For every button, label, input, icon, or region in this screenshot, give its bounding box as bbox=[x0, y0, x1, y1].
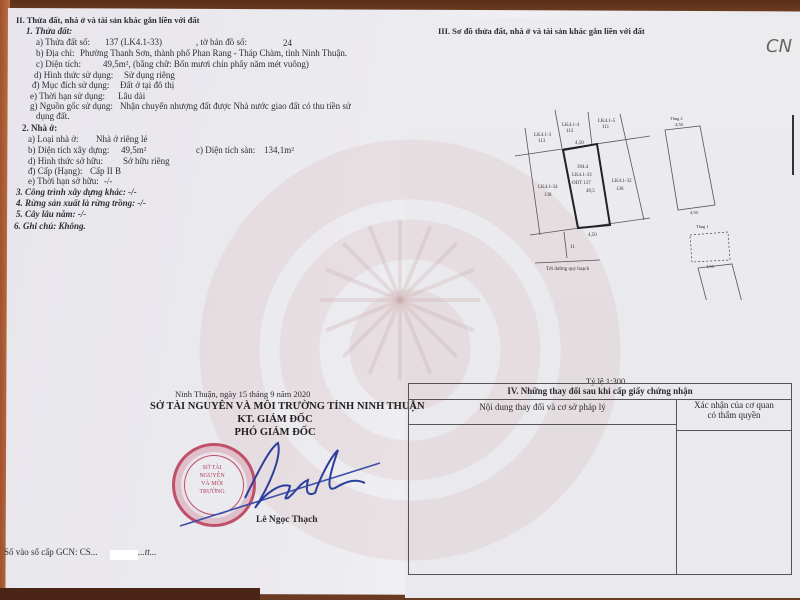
map-sheet-label: , tờ bản đồ số: bbox=[196, 37, 247, 48]
built-area-label: b) Diện tích xây dựng: bbox=[28, 145, 109, 156]
origin-value: Nhận chuyển nhượng đất được Nhà nước gia… bbox=[120, 101, 351, 112]
neighbor-left: LK4.1-34 bbox=[538, 185, 558, 190]
top-neighbor-2: LK4.1-4 bbox=[562, 123, 580, 128]
width-label-bottom: 4,50 bbox=[588, 233, 597, 238]
width-label-top: 4,50 bbox=[575, 141, 584, 146]
changes-confirm-cell bbox=[677, 431, 791, 574]
svg-text:136: 136 bbox=[616, 187, 624, 192]
top-neighbor-3: LK4.1-5 bbox=[598, 119, 616, 124]
svg-text:4,50: 4,50 bbox=[675, 122, 684, 128]
kt-director: KT. GIÁM ĐỐC bbox=[150, 414, 400, 425]
changes-col-confirm-header: Xác nhận của cơ quan có thẩm quyền bbox=[677, 400, 791, 431]
deputy-director: PHÓ GIÁM ĐỐC bbox=[150, 427, 400, 438]
svg-text:4,50: 4,50 bbox=[690, 210, 699, 216]
section-iii-title: III. Sơ đồ thửa đất, nhà ở và tài sản kh… bbox=[438, 26, 645, 37]
svg-text:138: 138 bbox=[544, 193, 552, 198]
svg-text:112: 112 bbox=[566, 129, 574, 134]
changes-content-cell bbox=[409, 425, 676, 574]
confirm-header-line2: có thẩm quyền bbox=[677, 410, 791, 420]
confirm-header-line1: Xác nhận của cơ quan bbox=[677, 400, 791, 410]
main-parcel-line-4: 49,5 bbox=[586, 189, 595, 194]
ownership-value: Sở hữu riêng bbox=[123, 156, 170, 167]
section-ii-title: II. Thửa đất, nhà ở và tài sản khác gắn … bbox=[16, 15, 199, 26]
house-heading: 2. Nhà ở: bbox=[22, 123, 57, 134]
road-label: Tới đường quy hoạch bbox=[546, 267, 590, 272]
svg-text:4,50: 4,50 bbox=[706, 264, 715, 270]
main-parcel-line-2: LK4.1-33 bbox=[572, 173, 592, 178]
built-area-value: 49,5m² bbox=[121, 145, 146, 156]
purpose-label: đ) Mục đích sử dụng: bbox=[32, 80, 109, 91]
signer-name: Lê Ngọc Thạch bbox=[256, 515, 318, 526]
place-date: Ninh Thuận, ngày 15 tháng 9 năm 2020 bbox=[175, 389, 310, 400]
origin-value-cont: dụng đất. bbox=[36, 111, 70, 122]
authority-name: SỞ TÀI NGUYÊN VÀ MÔI TRƯỜNG TỈNH NINH TH… bbox=[150, 401, 400, 412]
address-value: Phường Thanh Sơn, thành phố Phan Rang - … bbox=[80, 48, 347, 59]
neighbor-right: LK4.1-32 bbox=[612, 179, 632, 184]
house-type-label: a) Loại nhà ở: bbox=[28, 134, 79, 145]
own-term-label: e) Thời hạn sở hữu: bbox=[28, 176, 99, 187]
wood-table-bottom bbox=[0, 588, 260, 600]
purpose-value: Đất ở tại đô thị bbox=[120, 80, 174, 91]
main-parcel-line-3: ODT 137 bbox=[572, 181, 591, 186]
house-type-value: Nhà ở riêng lẻ bbox=[96, 134, 148, 145]
floor-area-value: 134,1m² bbox=[264, 145, 294, 156]
top-neighbor-1: LK4.1-3 bbox=[534, 133, 552, 138]
floor2-label: Tầng 2 bbox=[670, 116, 683, 121]
svg-text:113: 113 bbox=[538, 139, 546, 144]
other-works: 3. Công trình xây dựng khác: -/- bbox=[16, 187, 137, 198]
register-number: Số vào sổ cấp GCN: CS... bbox=[4, 547, 98, 558]
changes-col-content-header: Nội dung thay đổi và cơ sở pháp lý bbox=[409, 400, 676, 425]
address-label: b) Địa chỉ: bbox=[36, 48, 75, 59]
changes-table-title: IV. Những thay đổi sau khi cấp giấy chứn… bbox=[409, 384, 791, 400]
depth-label: 11 bbox=[570, 245, 575, 250]
area-value: 49,5m², (bằng chữ: Bốn mươi chín phẩy nă… bbox=[103, 59, 309, 70]
trees: 5. Cây lâu năm: -/- bbox=[16, 209, 86, 220]
handwritten-mark: CN bbox=[766, 36, 792, 57]
parcel-value: 137 (LK4.1-33) bbox=[105, 37, 162, 48]
parcel-label: a) Thửa đất số: bbox=[36, 37, 90, 48]
land-heading: 1. Thửa đất: bbox=[26, 26, 72, 37]
main-parcel-line-1: 394.4 bbox=[577, 165, 589, 170]
redacted-register-number bbox=[110, 550, 138, 560]
changes-table: IV. Những thay đổi sau khi cấp giấy chứn… bbox=[408, 383, 792, 575]
land-plot-diagram: LK4.1-3 113 LK4.1-4 112 LK4.1-5 111 4,50… bbox=[500, 100, 800, 300]
area-label: c) Diện tích: bbox=[36, 59, 81, 70]
note: 6. Ghi chú: Không. bbox=[14, 221, 86, 232]
own-term-value: -/- bbox=[104, 176, 113, 187]
forest: 4. Rừng sản xuất là rừng trồng: -/- bbox=[16, 198, 146, 209]
svg-text:111: 111 bbox=[602, 125, 610, 130]
register-suffix: ...tt... bbox=[138, 547, 157, 558]
floor1-label: Tầng 1 bbox=[696, 224, 709, 229]
floor-area-label: c) Diện tích sàn: bbox=[196, 145, 255, 156]
